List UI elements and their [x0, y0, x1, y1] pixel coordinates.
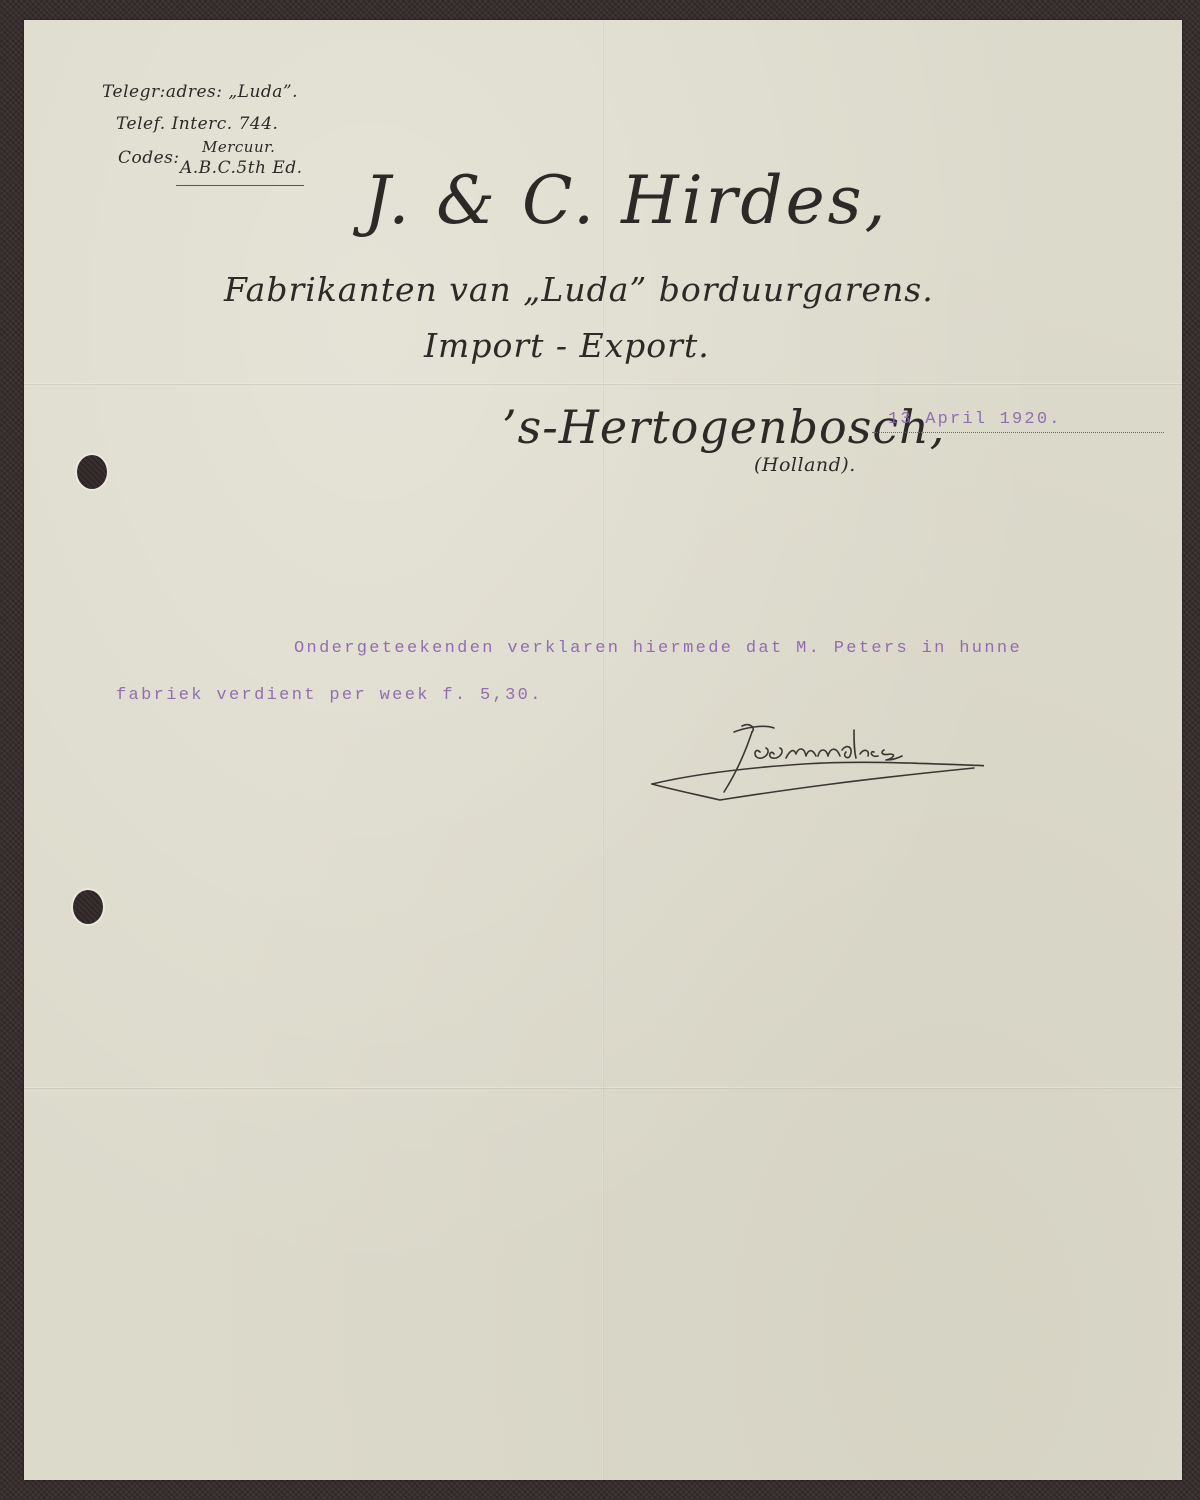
city-name: ’s-Hertogenbosch, — [502, 400, 945, 454]
country-name: (Holland). — [754, 454, 856, 476]
punch-hole-bottom — [73, 890, 103, 924]
company-name: J. & C. Hirdes, — [364, 162, 889, 239]
codes-abc: A.B.C.5th Ed. — [180, 160, 303, 177]
punch-hole-top — [77, 455, 107, 489]
codes-mercuur: Mercuur. — [202, 138, 275, 156]
codes-label: Codes: — [118, 150, 180, 167]
import-export: Import - Export. — [424, 326, 710, 365]
letter-date: 13 April 1920. — [888, 410, 1062, 429]
date-dotted-line — [872, 432, 1164, 433]
body-line-2: fabriek verdient per week f. 5,30. — [116, 686, 543, 705]
contact-underline — [176, 185, 304, 186]
letter-paper: Telegr:adres: „Luda”. Telef. Interc. 744… — [24, 20, 1182, 1480]
company-tagline: Fabrikanten van „Luda” borduurgarens. — [224, 270, 934, 309]
body-line-1: Ondergeteekenden verklaren hiermede dat … — [294, 639, 1022, 658]
fold-line-vertical — [602, 20, 604, 1480]
telegram-address: Telegr:adres: „Luda”. — [102, 84, 298, 101]
signature — [634, 710, 984, 810]
telephone-number: Telef. Interc. 744. — [116, 116, 278, 133]
signature-scrawl-icon — [634, 710, 984, 810]
